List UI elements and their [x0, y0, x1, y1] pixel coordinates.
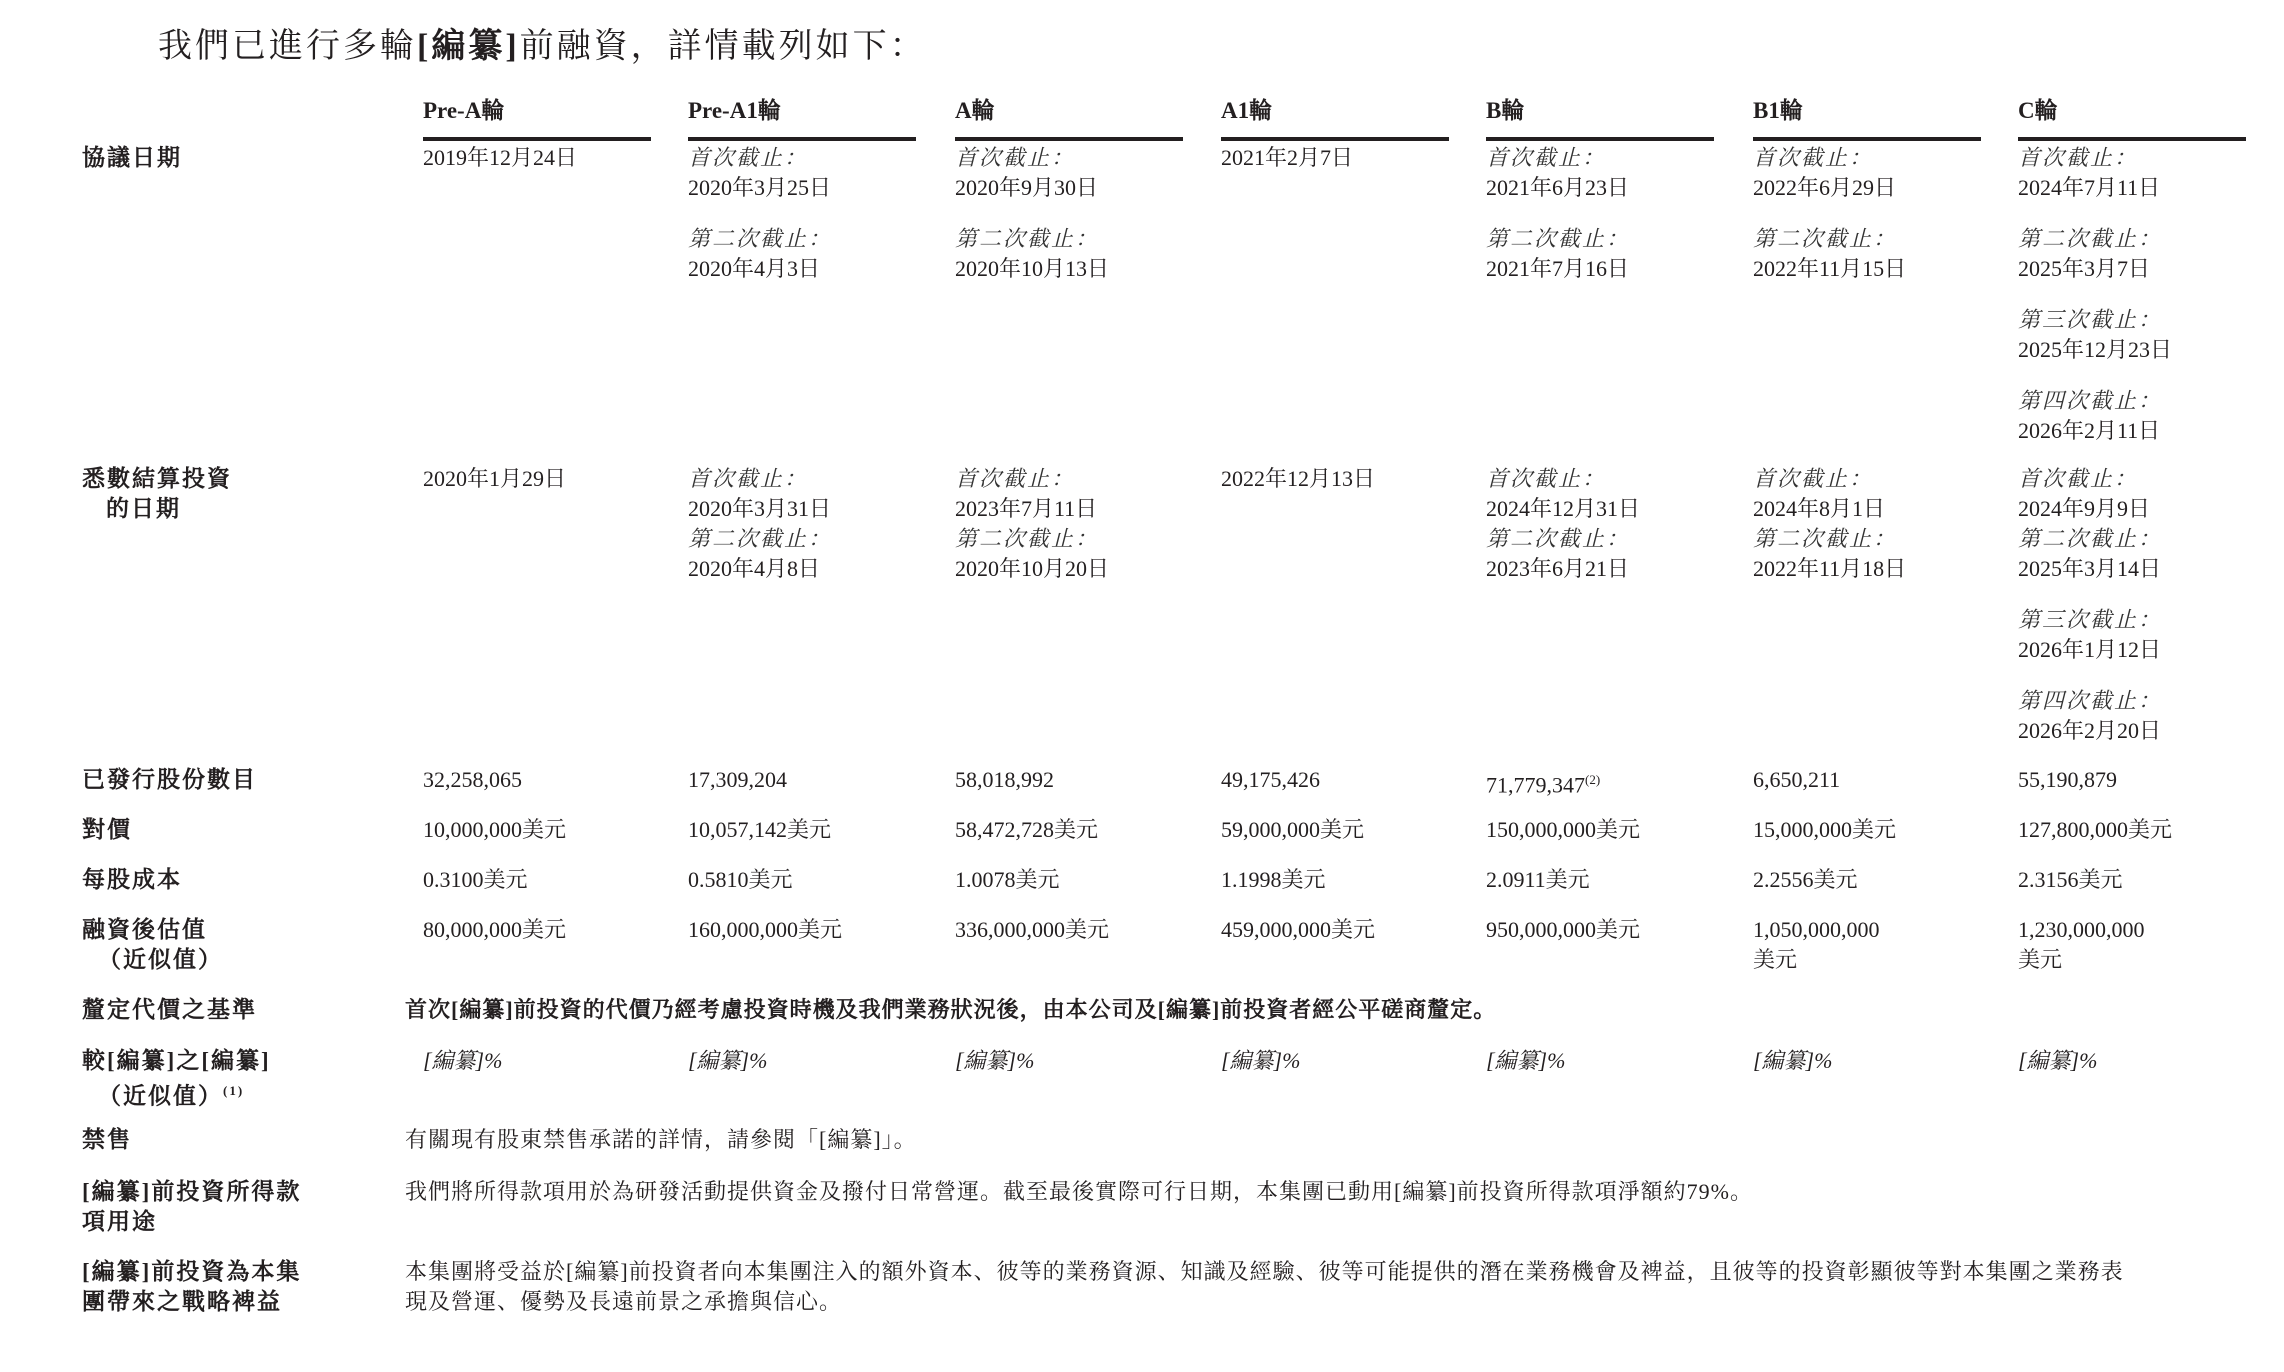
spacer [955, 203, 1109, 224]
valuation-line: 80,000,000美元 [423, 915, 566, 945]
valuation-cell: 336,000,000美元 [955, 915, 1109, 945]
cost-per-share-cell: 2.0911美元 [1486, 865, 1590, 895]
cost-per-share-cell: 2.2556美元 [1753, 865, 1858, 895]
discount-cell: [編纂]% [1753, 1046, 1832, 1076]
label-strategic-line1: [編纂]前投資為本集 [82, 1257, 301, 1287]
discount-cell: [編纂]% [423, 1046, 502, 1076]
agreement-date-cell: 首次截止：2022年6月29日第二次截止：2022年11月15日 [1753, 143, 1906, 284]
label-proceeds-use: [編纂]前投資所得款 項用途 [82, 1177, 301, 1237]
shares-issued-cell: 58,018,992 [955, 765, 1054, 795]
column-header: C輪 [2018, 92, 2058, 125]
closing-label: 首次截止： [688, 464, 832, 494]
cost-per-share-cell: 0.3100美元 [423, 865, 528, 895]
label-strategic-line2: 團帶來之戰略裨益 [82, 1287, 301, 1317]
closing-date: 2025年3月7日 [2018, 254, 2172, 284]
settlement-date-cell: 首次截止：2024年12月31日第二次截止：2023年6月21日 [1486, 464, 1640, 584]
closing-label: 首次截止： [955, 464, 1109, 494]
cost-per-share-cell: 0.5810美元 [688, 865, 793, 895]
valuation-line: 950,000,000美元 [1486, 915, 1640, 945]
label-settlement-line1: 悉數結算投資 [82, 464, 232, 494]
closing-date: 2021年2月7日 [1221, 143, 1353, 173]
spacer [688, 203, 832, 224]
closing-label: 第三次截止： [2018, 305, 2172, 335]
basis-text: 首次[編纂]前投資的代價乃經考慮投資時機及我們業務狀況後，由本公司及[編纂]前投… [405, 995, 1496, 1025]
intro-heading: 我們已進行多輪[編纂]前融資，詳情載列如下： [158, 18, 927, 67]
label-valuation: 融資後估值 （近似值） [82, 915, 223, 975]
label-shares-issued: 已發行股份數目 [82, 765, 257, 795]
closing-label: 首次截止： [688, 143, 832, 173]
label-consideration: 對價 [82, 815, 132, 845]
agreement-date-cell: 首次截止：2024年7月11日第二次截止：2025年3月7日第三次截止：2025… [2018, 143, 2172, 446]
spacer [2018, 203, 2172, 224]
valuation-cell: 459,000,000美元 [1221, 915, 1375, 945]
valuation-cell: 80,000,000美元 [423, 915, 566, 945]
closing-label: 第二次截止： [2018, 224, 2172, 254]
closing-date: 2020年4月3日 [688, 254, 832, 284]
closing-date: 2019年12月24日 [423, 143, 577, 173]
cost-per-share-cell: 2.3156美元 [2018, 865, 2123, 895]
header-rule-divider [1753, 137, 1981, 141]
consideration-cell: 58,472,728美元 [955, 815, 1098, 845]
consideration-cell: 59,000,000美元 [1221, 815, 1364, 845]
label-agreement-date: 協議日期 [82, 143, 182, 173]
spacer [2018, 665, 2162, 686]
discount-cell: [編纂]% [955, 1046, 1034, 1076]
settlement-date-cell: 首次截止：2024年8月1日第二次截止：2022年11月18日 [1753, 464, 1906, 584]
shares-value: 55,190,879 [2018, 767, 2117, 792]
closing-label: 第二次截止： [688, 524, 832, 554]
intro-redacted: [編纂] [417, 28, 520, 65]
closing-date: 2021年6月23日 [1486, 173, 1630, 203]
closing-date: 2020年3月31日 [688, 494, 832, 524]
closing-date: 2022年11月18日 [1753, 554, 1906, 584]
agreement-date-cell: 首次截止：2020年9月30日第二次截止：2020年10月13日 [955, 143, 1109, 284]
closing-label: 第二次截止： [1486, 224, 1630, 254]
discount-cell: [編纂]% [1486, 1046, 1565, 1076]
agreement-date-cell: 2019年12月24日 [423, 143, 577, 173]
shares-issued-cell: 71,779,347(2) [1486, 765, 1600, 800]
shares-issued-cell: 32,258,065 [423, 765, 522, 795]
strategic-text-line2: 現及營運、優勢及長遠前景之承擔與信心。 [405, 1287, 2124, 1317]
label-discount-line1: 較[編纂]之[編纂] [82, 1046, 271, 1076]
label-cost-per-share: 每股成本 [82, 865, 182, 895]
closing-date: 2026年1月12日 [2018, 635, 2162, 665]
closing-date: 2022年6月29日 [1753, 173, 1906, 203]
valuation-line: 1,230,000,000 [2018, 915, 2145, 945]
closing-label: 第三次截止： [2018, 605, 2162, 635]
proceeds-text: 我們將所得款項用於為研發活動提供資金及撥付日常營運。截至最後實際可行日期，本集團… [405, 1177, 1753, 1207]
header-rule-divider [2018, 137, 2246, 141]
cost-per-share-cell: 1.1998美元 [1221, 865, 1326, 895]
closing-label: 第二次截止： [1753, 224, 1906, 254]
shares-value: 6,650,211 [1753, 767, 1840, 792]
header-rule-divider [423, 137, 651, 141]
intro-prefix: 我們已進行多輪 [158, 28, 417, 65]
closing-label: 第四次截止： [2018, 686, 2162, 716]
consideration-cell: 150,000,000美元 [1486, 815, 1640, 845]
valuation-cell: 1,230,000,000美元 [2018, 915, 2145, 975]
closing-label: 首次截止： [2018, 143, 2172, 173]
shares-value: 58,018,992 [955, 767, 1054, 792]
strategic-text-line1: 本集團將受益於[編纂]前投資者向本集團注入的額外資本、彼等的業務資源、知識及經驗… [405, 1257, 2124, 1287]
footnote-marker: (2) [1585, 772, 1600, 787]
label-valuation-line2: （近似值） [82, 945, 223, 975]
closing-label: 第四次截止： [2018, 386, 2172, 416]
shares-value: 32,258,065 [423, 767, 522, 792]
closing-date: 2025年3月14日 [2018, 554, 2162, 584]
valuation-cell: 950,000,000美元 [1486, 915, 1640, 945]
closing-date: 2020年4月8日 [688, 554, 832, 584]
valuation-line: 1,050,000,000 [1753, 915, 1880, 945]
closing-date: 2023年7月11日 [955, 494, 1109, 524]
discount-cell: [編纂]% [688, 1046, 767, 1076]
settlement-date-cell: 2020年1月29日 [423, 464, 566, 494]
label-discount: 較[編纂]之[編纂] （近似值）(1) [82, 1046, 271, 1112]
shares-issued-cell: 49,175,426 [1221, 765, 1320, 795]
column-header: A輪 [955, 92, 995, 125]
settlement-date-cell: 2022年12月13日 [1221, 464, 1375, 494]
footnote-marker: (1) [223, 1083, 244, 1098]
closing-label: 首次截止： [1486, 143, 1630, 173]
valuation-line: 336,000,000美元 [955, 915, 1109, 945]
valuation-cell: 1,050,000,000美元 [1753, 915, 1880, 975]
lockup-text: 有關現有股東禁售承諾的詳情，請參閱「[編纂]」。 [405, 1125, 917, 1155]
closing-date: 2022年12月13日 [1221, 464, 1375, 494]
valuation-line: 美元 [1753, 945, 1880, 975]
consideration-cell: 10,057,142美元 [688, 815, 831, 845]
settlement-date-cell: 首次截止：2024年9月9日第二次截止：2025年3月14日第三次截止：2026… [2018, 464, 2162, 746]
closing-label: 第二次截止： [1486, 524, 1640, 554]
valuation-line: 160,000,000美元 [688, 915, 842, 945]
cost-per-share-cell: 1.0078美元 [955, 865, 1060, 895]
closing-label: 首次截止： [1753, 143, 1906, 173]
label-proceeds-line2: 項用途 [82, 1207, 301, 1237]
label-settlement-line2: 的日期 [82, 494, 232, 524]
header-rule-divider [1486, 137, 1714, 141]
valuation-cell: 160,000,000美元 [688, 915, 842, 945]
label-lockup: 禁售 [82, 1125, 132, 1155]
label-valuation-line1: 融資後估值 [82, 915, 223, 945]
shares-issued-cell: 55,190,879 [2018, 765, 2117, 795]
label-discount-line2: （近似值） [98, 1084, 223, 1109]
strategic-text: 本集團將受益於[編纂]前投資者向本集團注入的額外資本、彼等的業務資源、知識及經驗… [405, 1257, 2124, 1317]
settlement-date-cell: 首次截止：2020年3月31日第二次截止：2020年4月8日 [688, 464, 832, 584]
closing-label: 首次截止： [2018, 464, 2162, 494]
closing-label: 首次截止： [955, 143, 1109, 173]
label-settlement-date: 悉數結算投資 的日期 [82, 464, 232, 524]
consideration-cell: 10,000,000美元 [423, 815, 566, 845]
closing-label: 第二次截止： [955, 524, 1109, 554]
column-header: Pre-A輪 [423, 92, 504, 125]
closing-label: 第二次截止： [1753, 524, 1906, 554]
discount-cell: [編纂]% [2018, 1046, 2097, 1076]
closing-date: 2025年12月23日 [2018, 335, 2172, 365]
closing-date: 2022年11月15日 [1753, 254, 1906, 284]
closing-date: 2023年6月21日 [1486, 554, 1640, 584]
closing-date: 2020年9月30日 [955, 173, 1109, 203]
shares-issued-cell: 17,309,204 [688, 765, 787, 795]
valuation-line: 459,000,000美元 [1221, 915, 1375, 945]
settlement-date-cell: 首次截止：2023年7月11日第二次截止：2020年10月20日 [955, 464, 1109, 584]
closing-date: 2024年8月1日 [1753, 494, 1906, 524]
closing-label: 第二次截止： [688, 224, 832, 254]
closing-date: 2020年3月25日 [688, 173, 832, 203]
closing-date: 2026年2月11日 [2018, 416, 2172, 446]
column-header: B1輪 [1753, 92, 1803, 125]
spacer [2018, 584, 2162, 605]
shares-value: 17,309,204 [688, 767, 787, 792]
spacer [2018, 365, 2172, 386]
column-header: B輪 [1486, 92, 1524, 125]
spacer [1753, 203, 1906, 224]
closing-date: 2020年10月20日 [955, 554, 1109, 584]
agreement-date-cell: 2021年2月7日 [1221, 143, 1353, 173]
discount-cell: [編纂]% [1221, 1046, 1300, 1076]
agreement-date-cell: 首次截止：2021年6月23日第二次截止：2021年7月16日 [1486, 143, 1630, 284]
closing-date: 2021年7月16日 [1486, 254, 1630, 284]
closing-label: 第二次截止： [955, 224, 1109, 254]
agreement-date-cell: 首次截止：2020年3月25日第二次截止：2020年4月3日 [688, 143, 832, 284]
shares-issued-cell: 6,650,211 [1753, 765, 1840, 795]
header-rule-divider [955, 137, 1183, 141]
closing-date: 2024年12月31日 [1486, 494, 1640, 524]
closing-date: 2024年9月9日 [2018, 494, 2162, 524]
closing-date: 2024年7月11日 [2018, 173, 2172, 203]
closing-label: 首次截止： [1753, 464, 1906, 494]
consideration-cell: 127,800,000美元 [2018, 815, 2172, 845]
label-proceeds-line1: [編纂]前投資所得款 [82, 1177, 301, 1207]
closing-date: 2026年2月20日 [2018, 716, 2162, 746]
closing-date: 2020年1月29日 [423, 464, 566, 494]
consideration-cell: 15,000,000美元 [1753, 815, 1896, 845]
spacer [2018, 284, 2172, 305]
closing-label: 第二次截止： [2018, 524, 2162, 554]
spacer [1486, 203, 1630, 224]
shares-value: 49,175,426 [1221, 767, 1320, 792]
header-rule-divider [1221, 137, 1449, 141]
valuation-line: 美元 [2018, 945, 2145, 975]
column-header: A1輪 [1221, 92, 1272, 125]
closing-date: 2020年10月13日 [955, 254, 1109, 284]
column-header: Pre-A1輪 [688, 92, 781, 125]
header-rule-divider [688, 137, 916, 141]
label-basis: 釐定代價之基準 [82, 995, 257, 1025]
label-strategic-benefits: [編纂]前投資為本集 團帶來之戰略裨益 [82, 1257, 301, 1317]
intro-suffix: 前融資，詳情載列如下： [520, 28, 927, 65]
closing-label: 首次截止： [1486, 464, 1640, 494]
shares-value: 71,779,347 [1486, 772, 1585, 797]
